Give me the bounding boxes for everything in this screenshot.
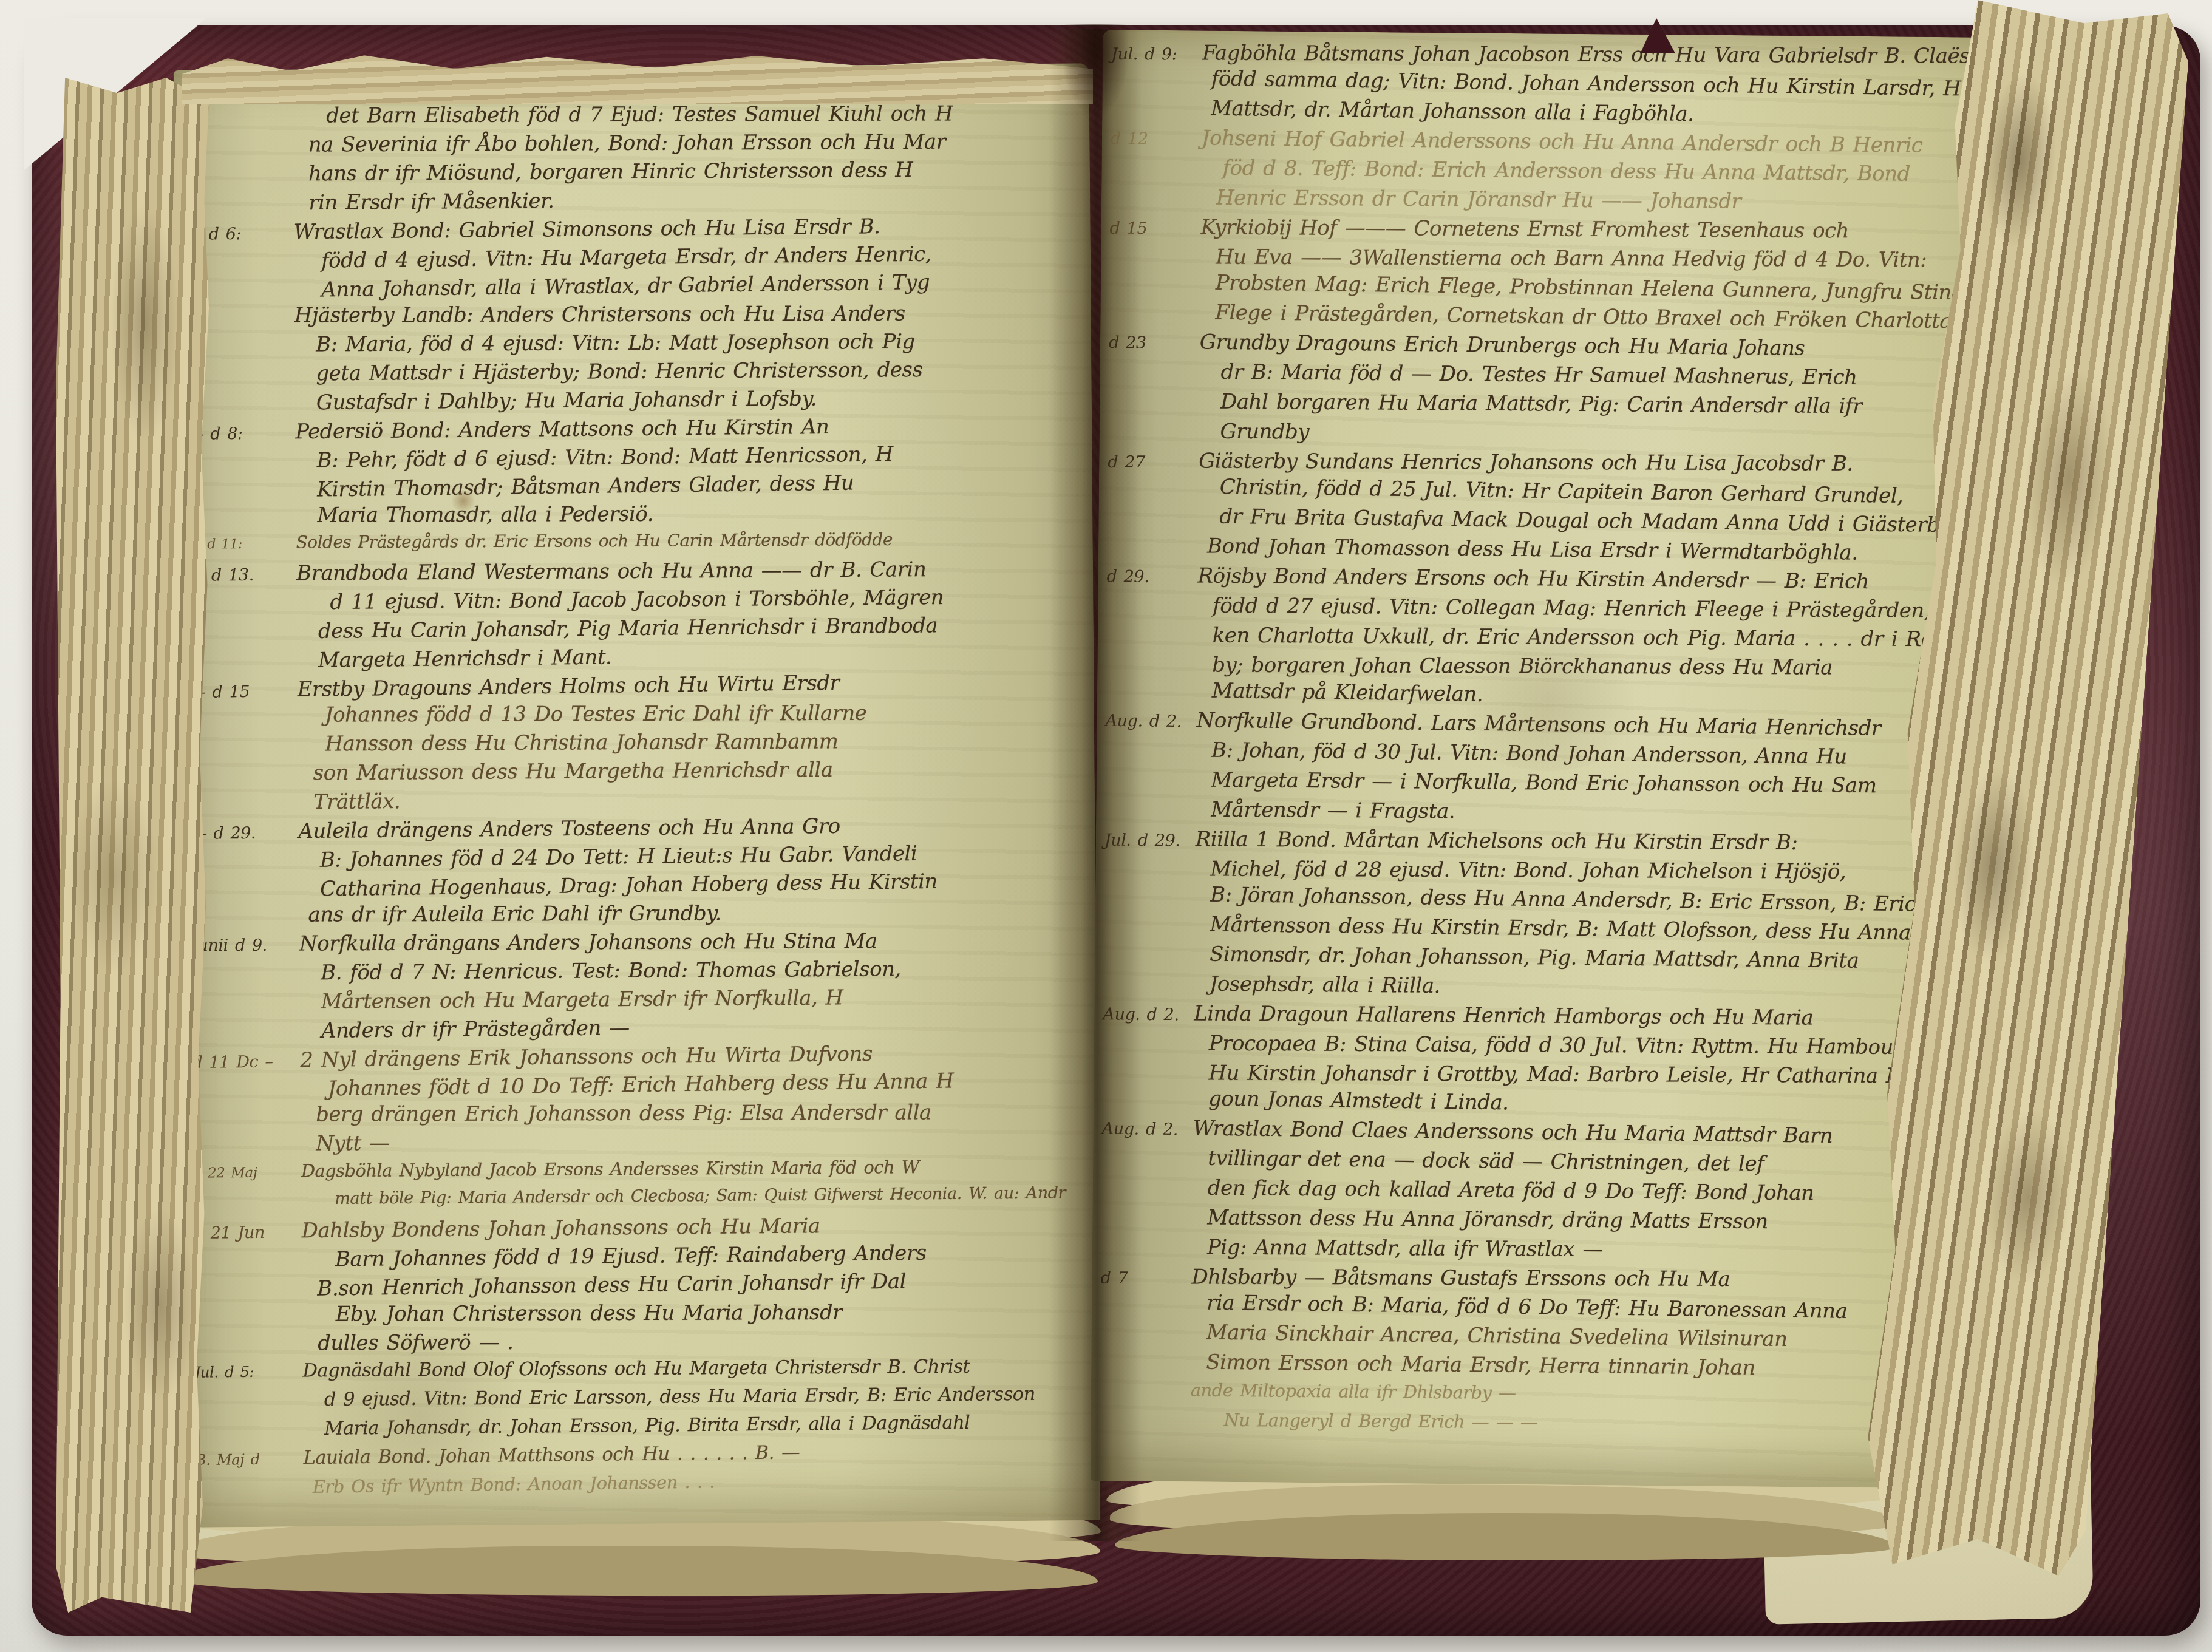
margin-date-label (191, 896, 299, 897)
margin-date-label (192, 1096, 301, 1097)
margin-date-label (1106, 671, 1197, 672)
line-text: Dahl borgaren Hu Maria Mattsdr, Pig: Car… (1220, 390, 1862, 419)
margin-date-label (1108, 492, 1199, 493)
line-text: Mattsdr, dr. Mårtan Johansson alla i Fag… (1211, 97, 1693, 126)
margin-date-label: d 21 Jun (193, 1223, 301, 1243)
margin-date-label: B. Maj d (195, 1450, 303, 1469)
margin-date-label (1110, 203, 1201, 204)
line-text: Dagsböhla Nybyland Jacob Ersons Andersse… (301, 1157, 919, 1181)
margin-date-label (188, 467, 296, 469)
margin-date-label: — d 15 (189, 682, 297, 702)
margin-date-label (1106, 696, 1197, 697)
line-text: Nu Langeryl d Bergd Erich — — — (1223, 1410, 1537, 1433)
margin-date-label (190, 780, 298, 781)
manuscript-line: Eby. Johan Christersson dess Hu Maria Jo… (194, 1300, 1093, 1331)
line-text: Hjästerby Landb: Anders Christersons och… (294, 302, 905, 328)
margin-date-label: Jul. d 9: (1111, 45, 1202, 64)
line-text: na Severinia ifr Åbo bohlen, Bond: Johan… (308, 130, 945, 157)
line-text: Dahlsby Bondens Johan Johanssons och Hu … (301, 1214, 820, 1243)
margin-date-label: d 15 (1110, 219, 1201, 239)
margin-date-label (1103, 990, 1194, 990)
left-manuscript-page: maii d 8 Miösund Bondens Johan Johansons… (174, 63, 1101, 1528)
line-text: dess Hu Carin Johansdr, Pig Maria Henric… (318, 613, 938, 644)
line-text: berg drängen Erich Johansson dess Pig: E… (316, 1100, 931, 1126)
margin-date-label (191, 867, 299, 868)
margin-date-label (1108, 438, 1199, 438)
line-text: Dagnäsdahl Bond Olof Olofssons och Hu Ma… (302, 1356, 970, 1382)
line-text: Giästerby Sundans Henrics Johansons och … (1199, 449, 1853, 475)
margin-date-label (1109, 318, 1200, 319)
margin-date-label: d 11 Dc – (192, 1052, 300, 1072)
line-text: son Mariusson dess Hu Margetha Henrichsd… (313, 758, 833, 785)
manuscript-line: Johannes född d 13 Do Testes Eric Dahl i… (189, 701, 1088, 732)
line-text: Procopaea B: Stina Caisa, född d 30 Jul.… (1209, 1032, 1950, 1060)
margin-date-label (191, 922, 299, 922)
margin-date-label (195, 1435, 303, 1436)
margin-date-label: Jul. d 29. (1104, 831, 1196, 851)
margin-date-label: d 27 (1108, 453, 1199, 472)
manuscript-line: Nytt — (192, 1127, 1091, 1160)
line-text: Mattsdr på Kleidarfwelan. (1212, 679, 1483, 707)
margin-date-label (1111, 114, 1202, 115)
line-text: Fagböhla Båtsmans Johan Jacobson Erss oc… (1202, 41, 1976, 69)
margin-date-label: d 23 (1109, 333, 1200, 353)
margin-date-label (1107, 522, 1198, 523)
margin-date-label (1104, 875, 1195, 876)
margin-date-label (194, 1321, 302, 1322)
margin-date-label (1104, 930, 1195, 931)
margin-date-label (1109, 288, 1200, 289)
line-text: Riilla 1 Bond. Mårtan Michelsons och Hu … (1196, 827, 1798, 855)
margin-date-label (194, 1266, 302, 1268)
margin-date-label (192, 1008, 300, 1009)
margin-date-label (192, 1038, 300, 1039)
line-text: Margeta Henrichsdr i Mant. (318, 645, 612, 672)
line-text: Margeta Ersdr — i Norfkulla, Bond Eric J… (1211, 768, 1877, 798)
line-text: Gustafsdr i Dahlby; Hu Maria Johansdr i … (316, 387, 817, 415)
line-text: det Barn Elisabeth föd d 7 Ejud: Testes … (326, 101, 953, 127)
manuscript-line: — d 11: Soldes Prästegårds dr. Eric Erso… (188, 528, 1087, 561)
line-text: Grundby (1220, 420, 1310, 444)
manuscript-line: Hansson dess Hu Christina Johansdr Ramnb… (189, 728, 1088, 761)
margin-date-label (1102, 1079, 1193, 1080)
line-text: dr B: Maria föd d — Do. Testes Hr Samuel… (1220, 360, 1857, 390)
line-text: Eby. Johan Christersson dess Hu Maria Jo… (336, 1300, 842, 1327)
manuscript-line: det Barn Elisabeth föd d 7 Ejud: Testes … (185, 101, 1083, 133)
manuscript-line: Junii d 9. Norfkulla drängans Anders Joh… (191, 928, 1090, 960)
margin-date-label (193, 1204, 301, 1205)
line-text: geta Mattsdr i Hjästerby; Bond: Henric C… (316, 358, 922, 386)
margin-date-label: Aug. d 2. (1103, 1005, 1194, 1024)
margin-date-label: Junii d 9. (191, 936, 299, 956)
line-text: rin Ersdr ifr Måsenkier. (308, 189, 554, 215)
margin-date-label (191, 979, 299, 980)
margin-date-label (1103, 1050, 1194, 1050)
margin-date-label (1099, 1425, 1190, 1426)
margin-date-label (1101, 1223, 1192, 1224)
margin-date-label (1101, 1254, 1192, 1254)
line-text: Pig: Anna Mattsdr, alla ifr Wrastlax — (1207, 1236, 1603, 1262)
line-text: ande Miltopaxia alla ifr Dhlsbarby — (1191, 1379, 1516, 1403)
line-text: B: Maria, föd d 4 ejusd: Vitn: Lb: Matt … (316, 330, 915, 357)
line-text: dulles Söfwerö — . (318, 1330, 514, 1356)
margin-date-label: d 22 Maj (193, 1164, 301, 1181)
line-text: Hu Kirstin Johansdr i Grottby, Mad: Barb… (1208, 1061, 2006, 1089)
margin-date-label: d 7 (1100, 1269, 1191, 1288)
line-text: Auleila drängens Anders Tosteens och Hu … (298, 814, 840, 843)
margin-date-label (1105, 756, 1196, 757)
margin-date-label (1108, 378, 1199, 378)
margin-date-label (1106, 611, 1197, 612)
line-text: Röjsby Bond Anders Ersons och Hu Kirstin… (1197, 563, 1869, 594)
margin-date-label (1110, 174, 1201, 174)
margin-date-label (1105, 786, 1196, 786)
line-text: Henric Ersson dr Carin Jöransdr Hu —— Jo… (1216, 186, 1741, 214)
margin-date-label (193, 1151, 301, 1151)
line-text: B. föd d 7 N: Henricus. Test: Bond: Thom… (321, 957, 901, 985)
margin-date-label (1106, 642, 1197, 642)
manuscript-line: Maria Thomasdr, alla i Pedersiö. (188, 501, 1086, 532)
margin-date-label (196, 1493, 304, 1494)
margin-date-label (1108, 407, 1199, 408)
line-text: född d 27 ejusd. Vitn: Collegan Mag: Hen… (1213, 594, 1974, 624)
line-text: Brandboda Eland Westermans och Hu Anna —… (296, 557, 926, 586)
line-text: ans dr ifr Auleila Eric Dahl ifr Grundby… (308, 902, 721, 927)
line-text: Nytt — (316, 1131, 389, 1156)
line-text: Simon Ersson och Maria Ersdr, Herra tinn… (1206, 1350, 1755, 1380)
line-text: ken Charlotta Uxkull, dr. Eric Andersson… (1213, 624, 1945, 652)
left-page-lines: maii d 8 Miösund Bondens Johan Johansons… (185, 70, 1094, 1504)
margin-date-label (1100, 1368, 1191, 1369)
line-text: den fick dag och kallad Areta föd d 9 Do… (1208, 1176, 1814, 1206)
manuscript-line: dulles Söfwerö — . (194, 1327, 1093, 1360)
margin-date-label (192, 1121, 301, 1122)
line-text: Erb Os ifr Wyntn Bond: Anoan Johanssen .… (313, 1471, 715, 1497)
line-text: Dhlsbarby — Båtsmans Gustafs Erssons och… (1191, 1265, 1730, 1291)
margin-date-label (189, 638, 297, 639)
margin-date-label: — d 8: (187, 424, 295, 444)
line-text: Michel, föd d 28 ejusd. Vitn: Bond. Joha… (1210, 857, 1846, 884)
margin-date-label (194, 1350, 302, 1351)
line-text: Trättläx. (313, 789, 400, 814)
margin-date-label (188, 497, 296, 498)
margin-date-label (1101, 1164, 1193, 1165)
margin-date-label: Jul. d 5: (194, 1362, 302, 1381)
margin-date-label (1104, 900, 1195, 901)
margin-date-label (195, 1406, 303, 1406)
line-text: Linda Dragoun Hallarens Henrich Hamborgs… (1194, 1001, 1813, 1030)
margin-date-label (1107, 552, 1198, 553)
margin-date-label: — d 29. (190, 823, 298, 843)
line-text: Soldes Prästegårds dr. Eric Ersons och H… (296, 529, 893, 552)
manuscript-line: berg drängen Erich Johansson dess Pig: E… (192, 1100, 1091, 1132)
manuscript-line: ans dr ifr Auleila Eric Dahl ifr Grundby… (191, 900, 1089, 932)
margin-date-label (1111, 84, 1202, 85)
line-text: Hu Eva —— 3Wallenstierna och Barn Anna H… (1216, 245, 1927, 273)
line-text: Pedersiö Bond: Anders Mattsons och Hu Ki… (295, 415, 829, 444)
line-text: hans dr ifr Miösund, borgaren Hinric Chr… (308, 158, 913, 186)
manuscript-line: Grundby (1108, 419, 2067, 454)
line-text: föd d 8. Teff: Bond: Erich Andersson des… (1222, 156, 1910, 186)
margin-date-label (1100, 1338, 1191, 1339)
margin-date-label: d 29. (1106, 567, 1197, 586)
line-text: by; borgaren Johan Claesson Biörckhananu… (1212, 653, 1833, 680)
manuscript-line: d 15 Kyrkiobij Hof ——— Cornetens Ernst F… (1109, 215, 2069, 250)
margin-date-label (190, 809, 298, 809)
line-text: d 11 ejusd. Vitn: Bond Jacob Jacobson i … (330, 585, 944, 614)
line-text: Josephsdr, alla i Riilla. (1210, 972, 1440, 998)
margin-date-label (1103, 960, 1194, 961)
margin-date-label: d 12 (1111, 129, 1202, 149)
margin-date-label: Aug. d 2. (1101, 1120, 1193, 1140)
manuscript-line: — Hjästerby Landb: Anders Christersons o… (186, 301, 1085, 333)
margin-date-label (1104, 815, 1196, 816)
margin-date-label (189, 722, 298, 722)
margin-date-label (189, 751, 298, 752)
margin-date-label (194, 1296, 302, 1297)
margin-date-label (189, 667, 297, 668)
margin-date-label (1100, 1308, 1191, 1309)
line-text: Wrastlax Bond: Gabriel Simonsons och Hu … (294, 214, 880, 244)
line-text: tvillingar det ena — dock säd — Christni… (1208, 1146, 1764, 1176)
manuscript-line: B: Maria, föd d 4 ejusd: Vitn: Lb: Matt … (186, 329, 1085, 362)
margin-date-label: Aug. d 2. (1105, 712, 1196, 732)
margin-date-label (1100, 1395, 1191, 1396)
line-text: Hansson dess Hu Christina Johansdr Ramnb… (325, 729, 838, 756)
line-text: Mattsson dess Hu Anna Jöransdr, dräng Ma… (1207, 1206, 1768, 1234)
line-text: Norfkulla drängans Anders Johansons och … (299, 929, 877, 956)
line-text: goun Jonas Almstedt i Linda. (1208, 1087, 1509, 1115)
margin-date-label (1101, 1194, 1193, 1194)
line-text: Maria Thomasdr, alla i Pedersiö. (317, 502, 653, 528)
manuscript-line: na Severinia ifr Åbo bohlen, Bond: Johan… (185, 129, 1083, 162)
left-tattered-page-edges (56, 78, 209, 1613)
photographed-open-parish-register: maii d 8 Miösund Bondens Johan Johansons… (0, 0, 2212, 1652)
line-text: Mårtensen och Hu Margeta Ersdr ifr Norfk… (321, 985, 843, 1014)
line-text: Kyrkiobij Hof ——— Cornetens Ernst Fromhe… (1201, 215, 1850, 243)
margin-date-label (1102, 1104, 1193, 1105)
line-text: Johannes född d 13 Do Testes Eric Dahl i… (325, 701, 867, 727)
margin-date-label (1109, 263, 1200, 264)
line-text: Anders dr ifr Prästegården — (321, 1016, 630, 1043)
line-text: Mårtensdr — i Fragsta. (1211, 798, 1455, 824)
